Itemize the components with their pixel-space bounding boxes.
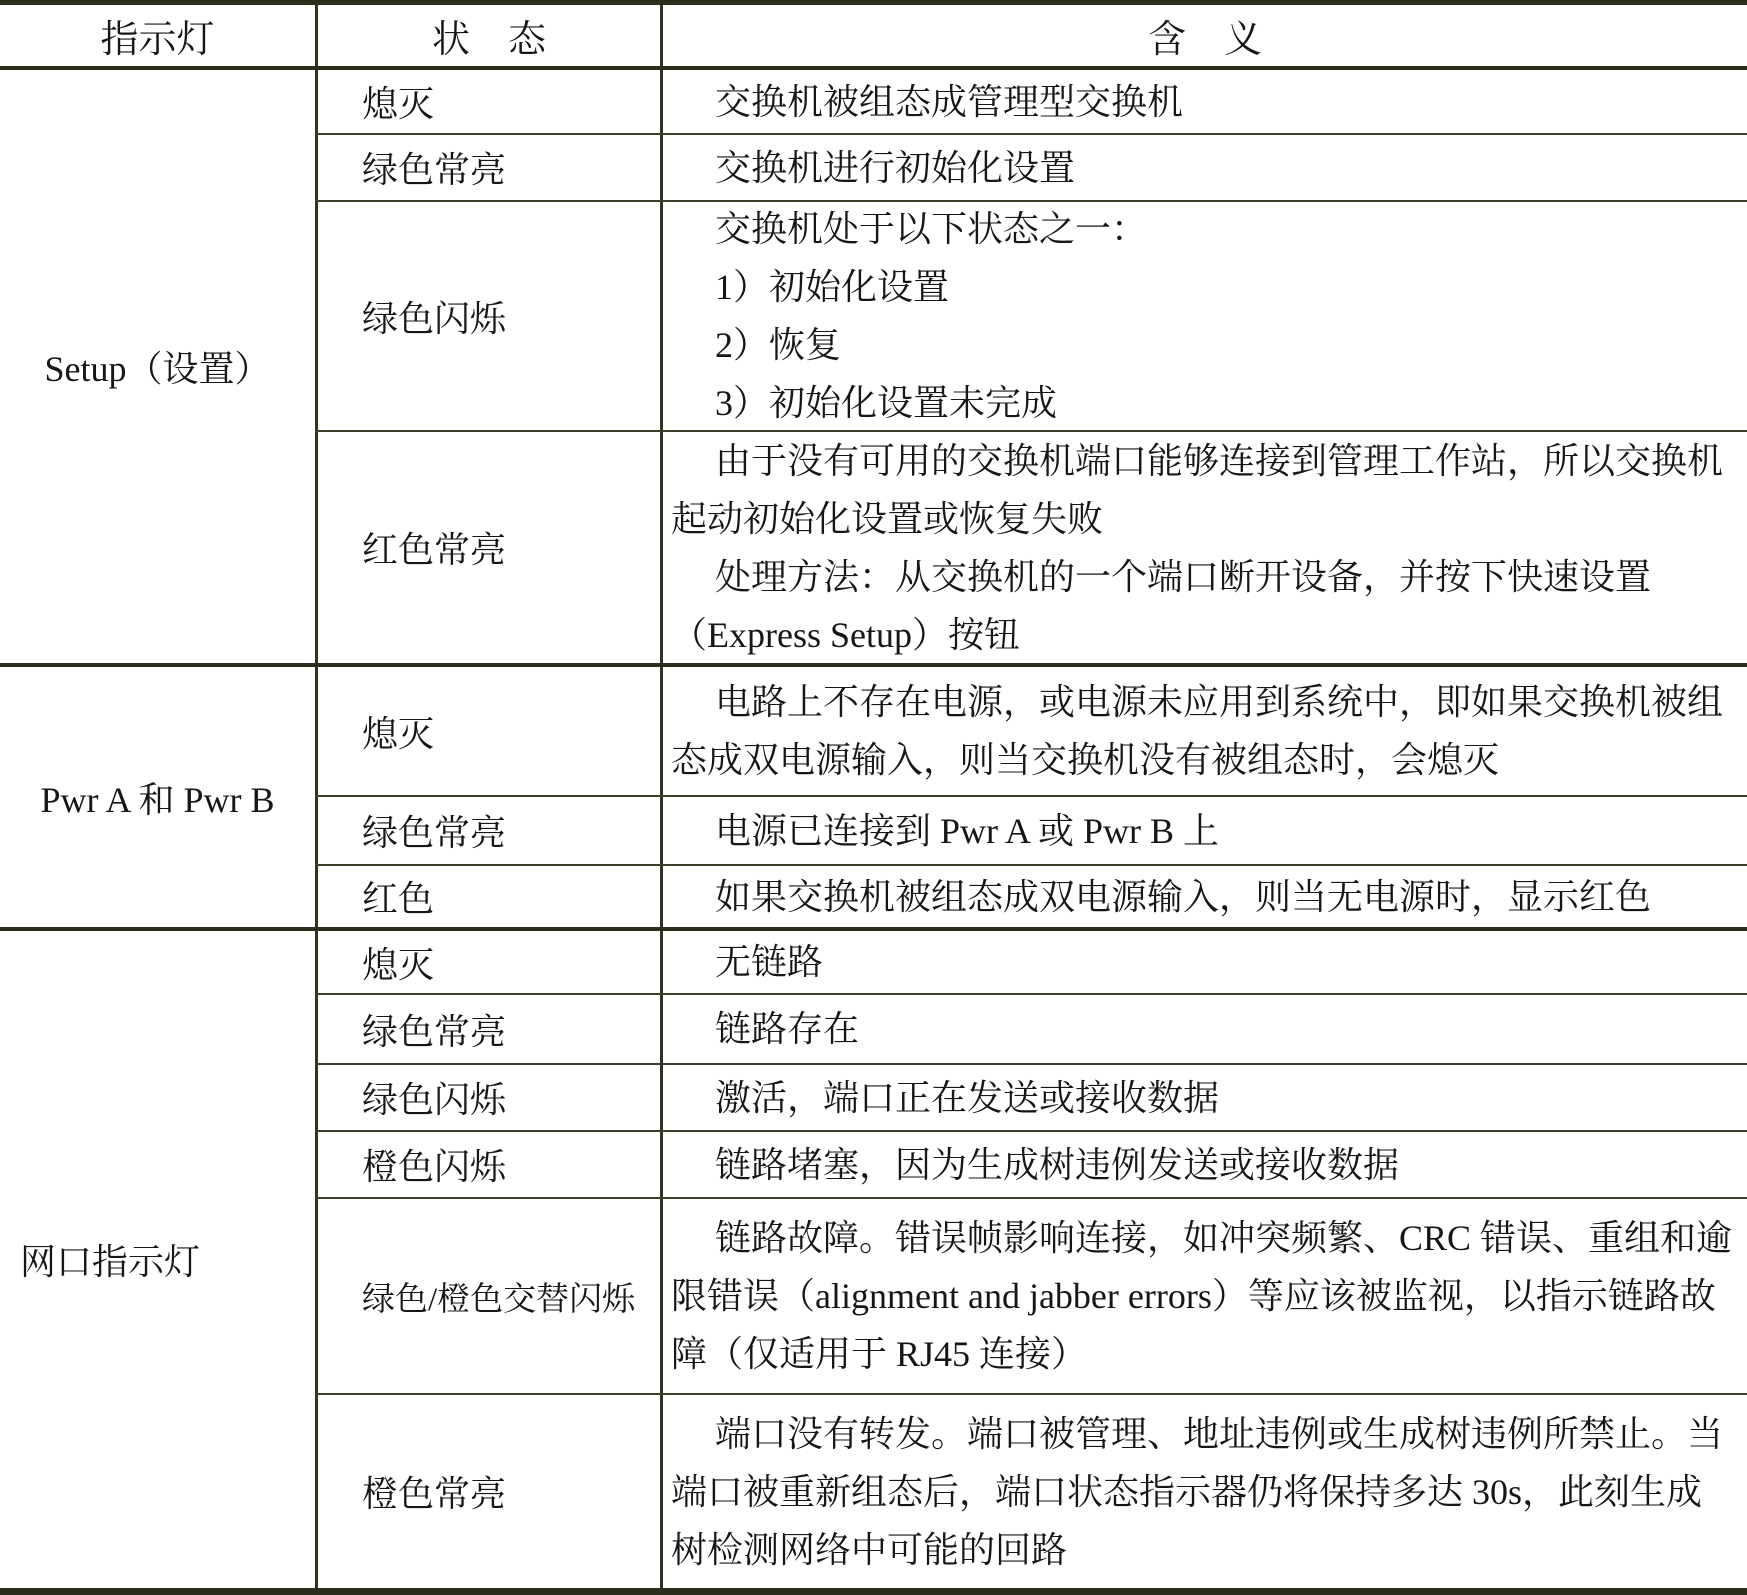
table-row: 熄灭 电路上不存在电源，或电源未应用到系统中，即如果交换机被组 态成双电源输入，…: [315, 667, 1747, 795]
meaning-line: 障（仅适用于 RJ45 连接）: [671, 1325, 1747, 1383]
table-row: 橙色闪烁 链路堵塞，因为生成树违例发送或接收数据: [315, 1130, 1747, 1197]
table-row: 绿色/橙色交替闪烁 链路故障。错误帧影响连接，如冲突频繁、CRC 错误、重组和逾…: [315, 1197, 1747, 1393]
meaning-line: 激活，端口正在发送或接收数据: [671, 1069, 1747, 1127]
meaning-cell: 交换机进行初始化设置: [660, 135, 1747, 200]
meaning-line: 交换机进行初始化设置: [671, 139, 1747, 197]
section-port-rows: 熄灭 无链路 绿色常亮 链路存在 绿色闪烁 激活，端口正在发送或接收数据: [315, 931, 1747, 1588]
table-row: 绿色常亮 链路存在: [315, 993, 1747, 1063]
meaning-line: 2）恢复: [671, 316, 1747, 374]
section-pwr-rows: 熄灭 电路上不存在电源，或电源未应用到系统中，即如果交换机被组 态成双电源输入，…: [315, 667, 1747, 927]
table-row: 绿色闪烁 交换机处于以下状态之一： 1）初始化设置 2）恢复 3）初始化设置未完…: [315, 200, 1747, 430]
table-row: 绿色闪烁 激活，端口正在发送或接收数据: [315, 1063, 1747, 1130]
meaning-cell: 端口没有转发。端口被管理、地址违例或生成树违例所禁止。当 端口被重新组态后，端口…: [660, 1395, 1747, 1588]
state-cell: 熄灭: [315, 70, 660, 133]
meaning-cell: 由于没有可用的交换机端口能够连接到管理工作站，所以交换机 起动初始化设置或恢复失…: [660, 432, 1747, 663]
meaning-cell: 交换机处于以下状态之一： 1）初始化设置 2）恢复 3）初始化设置未完成: [660, 202, 1747, 430]
meaning-line: 3）初始化设置未完成: [671, 374, 1747, 432]
meaning-line: 端口被重新组态后，端口状态指示器仍将保持多达 30s，此刻生成: [671, 1463, 1747, 1521]
meaning-cell: 电源已连接到 Pwr A 或 Pwr B 上: [660, 797, 1747, 864]
meaning-line: 链路存在: [671, 1000, 1747, 1058]
table-row: 熄灭 无链路: [315, 931, 1747, 993]
indicator-label-pwr: Pwr A 和 Pwr B: [0, 667, 315, 927]
meaning-line: 交换机被组态成管理型交换机: [671, 73, 1747, 131]
table-row: 绿色常亮 交换机进行初始化设置: [315, 133, 1747, 200]
meaning-line: 电路上不存在电源，或电源未应用到系统中，即如果交换机被组: [671, 673, 1747, 731]
meaning-cell: 如果交换机被组态成双电源输入，则当无电源时，显示红色: [660, 866, 1747, 927]
meaning-cell: 交换机被组态成管理型交换机: [660, 70, 1747, 133]
meaning-cell: 链路存在: [660, 995, 1747, 1063]
state-cell: 橙色闪烁: [315, 1132, 660, 1197]
section-pwr: Pwr A 和 Pwr B 熄灭 电路上不存在电源，或电源未应用到系统中，即如果…: [0, 663, 1747, 927]
meaning-line: 起动初始化设置或恢复失败: [671, 490, 1747, 548]
section-port: 网口指示灯 熄灭 无链路 绿色常亮 链路存在 绿色闪烁: [0, 927, 1747, 1588]
meaning-line: 处理方法：从交换机的一个端口断开设备，并按下快速设置: [671, 548, 1747, 606]
meaning-line: 电源已连接到 Pwr A 或 Pwr B 上: [671, 802, 1747, 860]
meaning-cell: 无链路: [660, 931, 1747, 993]
table-row: 红色常亮 由于没有可用的交换机端口能够连接到管理工作站，所以交换机 起动初始化设…: [315, 430, 1747, 663]
meaning-line: 无链路: [671, 933, 1747, 991]
meaning-cell: 链路故障。错误帧影响连接，如冲突频繁、CRC 错误、重组和逾 限错误（align…: [660, 1199, 1747, 1393]
table-row: 红色 如果交换机被组态成双电源输入，则当无电源时，显示红色: [315, 864, 1747, 927]
header-meaning: 含 义: [660, 5, 1747, 66]
meaning-line: 态成双电源输入，则当交换机没有被组态时，会熄灭: [671, 731, 1747, 789]
state-cell: 绿色闪烁: [315, 1065, 660, 1130]
meaning-line: 限错误（alignment and jabber errors）等应该被监视，以…: [671, 1267, 1747, 1325]
table-header-row: 指示灯 状 态 含 义: [0, 5, 1747, 66]
section-setup-rows: 熄灭 交换机被组态成管理型交换机 绿色常亮 交换机进行初始化设置 绿色闪烁 交换…: [315, 70, 1747, 663]
indicator-label-port: 网口指示灯: [0, 931, 315, 1588]
state-cell: 绿色常亮: [315, 135, 660, 200]
meaning-line: 端口没有转发。端口被管理、地址违例或生成树违例所禁止。当: [671, 1405, 1747, 1463]
header-indicator: 指示灯: [0, 5, 315, 66]
meaning-line: 1）初始化设置: [671, 258, 1747, 316]
scanned-document-page: 指示灯 状 态 含 义 Setup（设置） 熄灭 交换机被组态成管理型交换机 绿…: [0, 0, 1747, 1595]
state-cell: 红色: [315, 866, 660, 927]
indicator-led-table: 指示灯 状 态 含 义 Setup（设置） 熄灭 交换机被组态成管理型交换机 绿…: [0, 0, 1747, 1595]
meaning-line: 由于没有可用的交换机端口能够连接到管理工作站，所以交换机: [671, 432, 1747, 490]
state-cell: 绿色/橙色交替闪烁: [315, 1199, 660, 1393]
state-cell: 绿色常亮: [315, 797, 660, 864]
meaning-line: （Express Setup）按钮: [671, 606, 1747, 664]
state-cell: 绿色常亮: [315, 995, 660, 1063]
table-row: 熄灭 交换机被组态成管理型交换机: [315, 70, 1747, 133]
header-state: 状 态: [315, 5, 660, 66]
meaning-line: 如果交换机被组态成双电源输入，则当无电源时，显示红色: [671, 868, 1747, 926]
indicator-label-setup: Setup（设置）: [0, 70, 315, 663]
table-row: 橙色常亮 端口没有转发。端口被管理、地址违例或生成树违例所禁止。当 端口被重新组…: [315, 1393, 1747, 1588]
meaning-line: 交换机处于以下状态之一：: [671, 200, 1747, 258]
state-cell: 红色常亮: [315, 432, 660, 663]
state-cell: 绿色闪烁: [315, 202, 660, 430]
meaning-line: 链路故障。错误帧影响连接，如冲突频繁、CRC 错误、重组和逾: [671, 1209, 1747, 1267]
meaning-line: 树检测网络中可能的回路: [671, 1521, 1747, 1579]
section-setup: Setup（设置） 熄灭 交换机被组态成管理型交换机 绿色常亮 交换机进行初始化…: [0, 66, 1747, 663]
meaning-line: 链路堵塞，因为生成树违例发送或接收数据: [671, 1136, 1747, 1194]
meaning-cell: 激活，端口正在发送或接收数据: [660, 1065, 1747, 1130]
meaning-cell: 电路上不存在电源，或电源未应用到系统中，即如果交换机被组 态成双电源输入，则当交…: [660, 667, 1747, 795]
meaning-cell: 链路堵塞，因为生成树违例发送或接收数据: [660, 1132, 1747, 1197]
state-cell: 熄灭: [315, 931, 660, 993]
state-cell: 橙色常亮: [315, 1395, 660, 1588]
state-cell: 熄灭: [315, 667, 660, 795]
table-row: 绿色常亮 电源已连接到 Pwr A 或 Pwr B 上: [315, 795, 1747, 864]
